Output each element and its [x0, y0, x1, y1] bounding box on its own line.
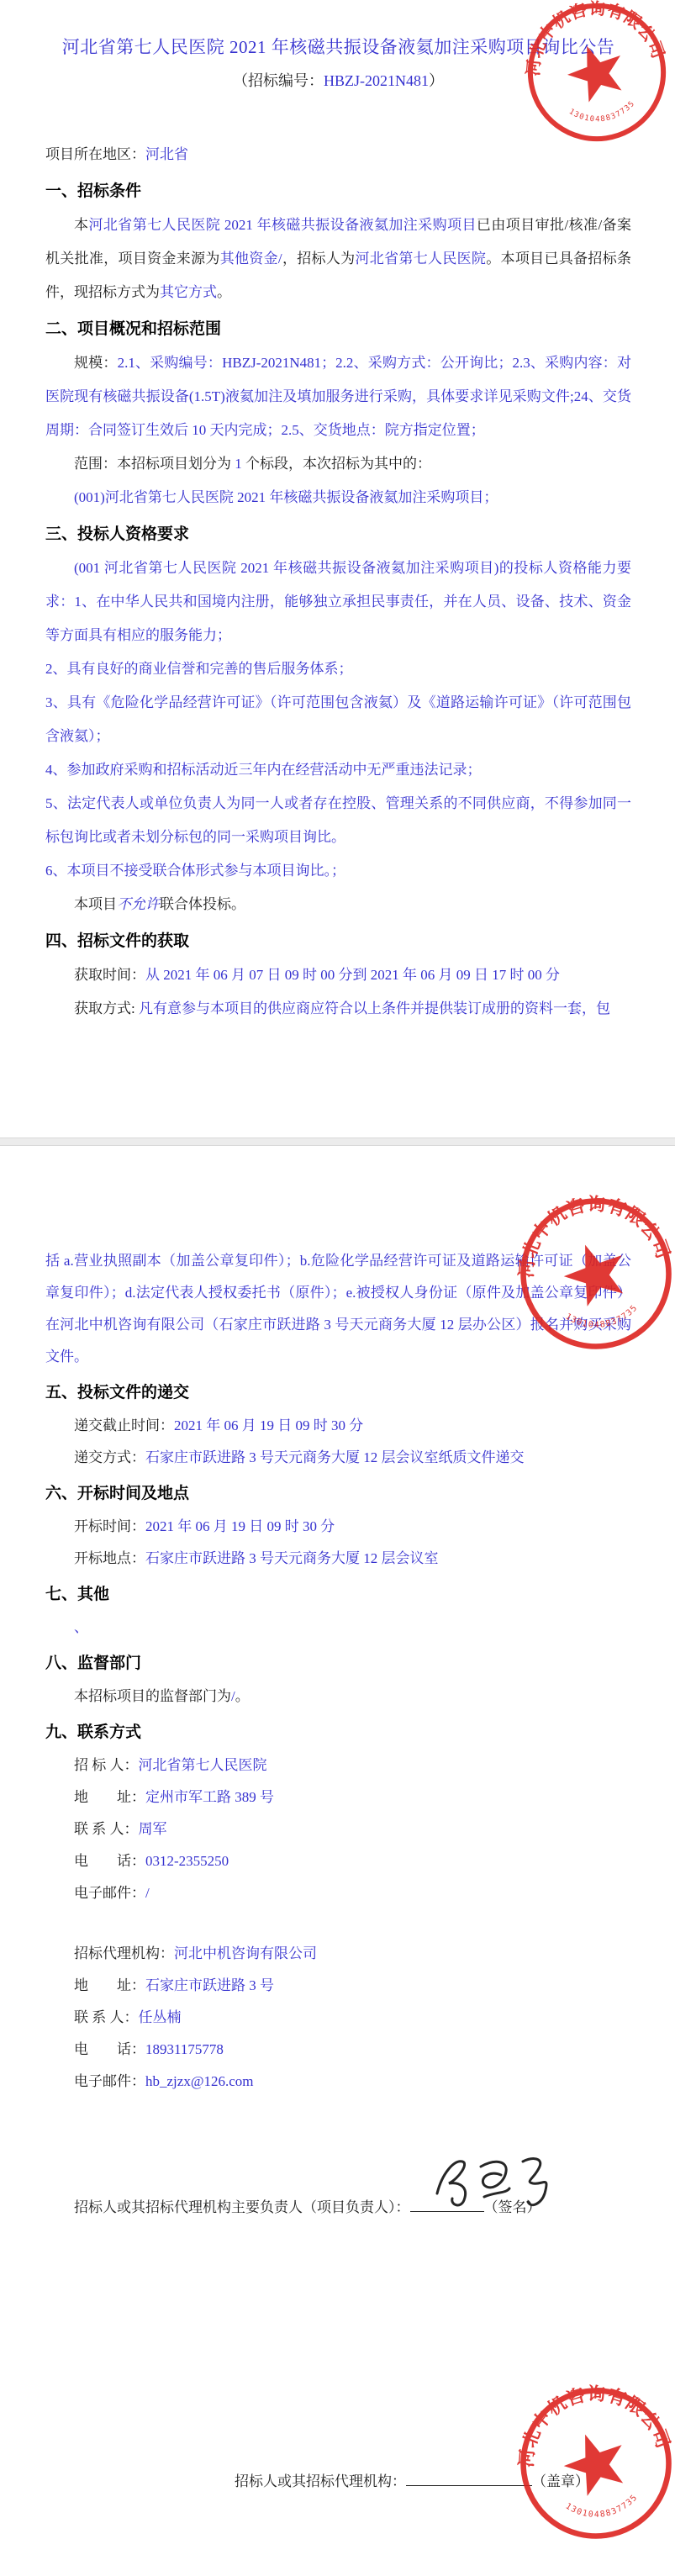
text-run: 规模： — [74, 355, 118, 371]
paragraph: 递交方式：石家庄市跃进路 3 号天元商务大厦 12 层会议室纸质文件递交 — [45, 1442, 631, 1474]
subtitle-prefix: （招标编号： — [233, 72, 324, 89]
text-run: 电子邮件： — [74, 1885, 145, 1901]
paragraph: 2、具有良好的商业信誉和完善的售后服务体系； — [45, 652, 631, 686]
tenderer-phone-line: 电 话：0312-2355250 — [45, 1845, 631, 1877]
text-run: 电子邮件： — [74, 2073, 145, 2089]
text-run: 括 a.营业执照副本（加盖公章复印件）；b.危险化学品经营许可证及道路运输许可证… — [45, 1253, 631, 1365]
text-run: 联合体投标。 — [160, 896, 245, 912]
tenderer-email-line: 电子邮件：/ — [45, 1877, 631, 1909]
text-run: 递交截止时间： — [74, 1417, 174, 1433]
text-run: hb_zjzx@126.com — [145, 2073, 254, 2089]
text-run: 本项目 — [74, 896, 117, 912]
paragraph: 本河北省第七人民医院 2021 年核磁共振设备液氦加注采购项目已由项目审批/核准… — [45, 209, 631, 309]
text-run: 。 — [235, 1688, 250, 1704]
text-run: 项目所在地区： — [45, 146, 145, 162]
seal-row-label: 招标人或其招标代理机构： — [235, 2473, 406, 2489]
text-run: 联 系 人： — [74, 1821, 139, 1837]
paragraph: 范围：本招标项目划分为 1 个标段，本次招标为其中的： — [45, 447, 631, 481]
paragraph: 5、法定代表人或单位负责人为同一人或者存在控股、管理关系的不同供应商，不得参加同… — [45, 787, 631, 854]
text-run: 石家庄市跃进路 3 号 — [145, 1977, 274, 1993]
project-region-line: 项目所在地区：河北省 — [45, 138, 631, 172]
text-run: 河北省第七人民医院 2021 年核磁共振设备液氦加注采购项目 — [88, 217, 476, 233]
text-run: 不允许 — [117, 896, 160, 912]
tenderer-name-line: 招 标 人：河北省第七人民医院 — [45, 1750, 631, 1782]
paragraph: 获取方式: 凡有意参与本项目的供应商应符合以上条件并提供装订成册的资料一套，包 — [45, 992, 631, 1026]
text-run: 招 标 人： — [74, 1757, 139, 1773]
text-run: 18931175778 — [145, 2041, 224, 2057]
paragraph: (001 河北省第七人民医院 2021 年核磁共振设备液氦加注采购项目)的投标人… — [45, 552, 631, 652]
text-run: 本 — [74, 217, 88, 233]
page-1: 河北省第七人民医院 2021 年核磁共振设备液氦加注采购项目询比公告 （招标编号… — [0, 0, 675, 1138]
seal-row-blank — [406, 2471, 532, 2486]
text-run: 其他资金/ — [220, 251, 282, 267]
text-run: 5、法定代表人或单位负责人为同一人或者存在控股、管理关系的不同供应商，不得参加同… — [45, 795, 631, 845]
text-run: 本招标项目的监督部门为 — [74, 1688, 231, 1704]
text-run: 河北省第七人民医院 — [139, 1757, 267, 1773]
section-heading: 八、监督部门 — [45, 1647, 631, 1681]
text-run: 河北中机咨询有限公司 — [174, 1945, 317, 1961]
text-run: 任丛楠 — [139, 2009, 182, 2025]
text-run: 3、具有《危险化学品经营许可证》（许可范围包含液氦）及《道路运输许可证》（许可范… — [45, 694, 631, 744]
text-run: 地 址： — [74, 1977, 145, 1993]
section-heading: 六、开标时间及地点 — [45, 1477, 631, 1511]
section-heading: 五、投标文件的递交 — [45, 1376, 631, 1410]
text-run: 个标段，本次招标为其中的： — [242, 456, 431, 472]
tender-number: HBZJ-2021N481 — [324, 72, 429, 89]
text-run: 招标代理机构： — [74, 1945, 174, 1961]
text-run: 2、具有良好的商业信誉和完善的售后服务体系； — [45, 661, 353, 677]
text-run: 开标地点： — [74, 1550, 145, 1566]
text-run: 、 — [74, 1619, 88, 1635]
paragraph: 6、本项目不接受联合体形式参与本项目询比。； — [45, 854, 631, 888]
paragraph: 4、参加政府采购和招标活动近三年内在经营活动中无严重违法记录； — [45, 753, 631, 787]
paragraph: 3、具有《危险化学品经营许可证》（许可范围包含液氦）及《道路运输许可证》（许可范… — [45, 686, 631, 753]
text-run: 开标时间： — [74, 1518, 145, 1534]
text-run: 定州市军工路 389 号 — [145, 1789, 274, 1805]
text-run: 获取方式: — [74, 1000, 135, 1016]
agency-phone-line: 电 话：18931175778 — [45, 2034, 631, 2066]
text-run: 石家庄市跃进路 3 号天元商务大厦 12 层会议室 — [145, 1550, 439, 1566]
text-run: 6、本项目不接受联合体形式参与本项目询比。； — [45, 863, 345, 879]
text-run: 2.1、采购编号：HBZJ-2021N481；2.2、采购方式：公开询比；2.3… — [45, 355, 631, 438]
section-heading: 一、招标条件 — [45, 175, 631, 209]
text-run: 从 2021 年 06 月 07 日 09 时 00 分到 2021 年 06 … — [145, 967, 560, 983]
paragraph: 获取时间：从 2021 年 06 月 07 日 09 时 00 分到 2021 … — [45, 958, 631, 992]
text-run: 获取时间： — [74, 967, 145, 983]
text-run: 周军 — [139, 1821, 167, 1837]
section-heading: 二、项目概况和招标范围 — [45, 313, 631, 346]
tenderer-contact-line: 联 系 人：周军 — [45, 1813, 631, 1845]
text-run: / — [145, 1885, 150, 1901]
text-run: 电 话： — [74, 1853, 145, 1869]
document-subtitle: （招标编号：HBZJ-2021N481） — [45, 69, 631, 92]
paragraph: (001)河北省第七人民医院 2021 年核磁共振设备液氦加注采购项目； — [45, 481, 631, 515]
paragraph: 本项目不允许联合体投标。 — [45, 888, 631, 921]
paragraph: 本招标项目的监督部门为/。 — [45, 1681, 631, 1713]
text-run: 4、参加政府采购和招标活动近三年内在经营活动中无严重违法记录； — [45, 762, 482, 778]
text-run: 递交方式： — [74, 1449, 145, 1465]
spacer — [45, 1909, 631, 1938]
page-title: 河北省第七人民医院 2021 年核磁共振设备液氦加注采购项目询比公告 — [45, 34, 631, 61]
agency-email-line: 电子邮件：hb_zjzx@126.com — [45, 2066, 631, 2098]
principal-signature-row: 招标人或其招标代理机构主要负责人（项目负责人）：（签名） — [45, 2192, 631, 2224]
signature-label: 招标人或其招标代理机构主要负责人（项目负责人）： — [74, 2199, 410, 2215]
section-heading: 四、招标文件的获取 — [45, 925, 631, 958]
paragraph: 开标时间：2021 年 06 月 19 日 09 时 30 分 — [45, 1511, 631, 1543]
text-run: 河北省第七人民医院 — [355, 251, 486, 267]
paragraph: 规模：2.1、采购编号：HBZJ-2021N481；2.2、采购方式：公开询比；… — [45, 346, 631, 447]
agency-contact-line: 联 系 人：任丛楠 — [45, 2002, 631, 2034]
text-run: 2021 年 06 月 19 日 09 时 30 分 — [174, 1417, 363, 1433]
tenderer-address-line: 地 址：定州市军工路 389 号 — [45, 1782, 631, 1813]
agency-seal-row: 招标人或其招标代理机构：（盖章） — [45, 2466, 631, 2498]
subtitle-suffix: ） — [429, 72, 444, 89]
text-run: 凡有意参与本项目的供应商应符合以上条件并提供装订成册的资料一套，包 — [135, 1000, 610, 1016]
section-heading: 九、联系方式 — [45, 1716, 631, 1750]
text-run: 联 系 人： — [74, 2009, 139, 2025]
paragraph: 、 — [45, 1612, 631, 1644]
page-2: 括 a.营业执照副本（加盖公章复印件）；b.危险化学品经营许可证及道路运输许可证… — [0, 1146, 675, 2576]
section-heading: 七、其他 — [45, 1578, 631, 1612]
text-run: (001)河北省第七人民医院 2021 年核磁共振设备液氦加注采购项目； — [74, 489, 498, 505]
text-run: 石家庄市跃进路 3 号天元商务大厦 12 层会议室纸质文件递交 — [145, 1449, 525, 1465]
agency-address-line: 地 址：石家庄市跃进路 3 号 — [45, 1970, 631, 2002]
text-run: 其它方式 — [160, 284, 217, 300]
text-run: 地 址： — [74, 1789, 145, 1805]
paragraph: 开标地点：石家庄市跃进路 3 号天元商务大厦 12 层会议室 — [45, 1543, 631, 1575]
page1-content: 项目所在地区：河北省一、招标条件本河北省第七人民医院 2021 年核磁共振设备液… — [45, 138, 631, 1026]
text-run: 2021 年 06 月 19 日 09 时 30 分 — [145, 1518, 335, 1534]
text-run: (001 河北省第七人民医院 2021 年核磁共振设备液氦加注采购项目)的投标人… — [45, 560, 631, 643]
agency-name-line: 招标代理机构：河北中机咨询有限公司 — [45, 1938, 631, 1970]
text-run: 范围：本招标项目划分为 — [74, 456, 235, 472]
text-run: 0312-2355250 — [145, 1853, 229, 1869]
text-run: 。 — [217, 284, 231, 300]
section-heading: 三、投标人资格要求 — [45, 518, 631, 552]
paragraph: 递交截止时间：2021 年 06 月 19 日 09 时 30 分 — [45, 1410, 631, 1442]
seal-row-suffix: （盖章） — [532, 2473, 589, 2489]
page-separator — [0, 1138, 675, 1146]
page2-content: 括 a.营业执照副本（加盖公章复印件）；b.危险化学品经营许可证及道路运输许可证… — [45, 1245, 631, 2098]
handwritten-signature-icon — [425, 2150, 560, 2217]
paragraph: 括 a.营业执照副本（加盖公章复印件）；b.危险化学品经营许可证及道路运输许可证… — [45, 1245, 631, 1373]
text-run: 1 — [235, 456, 242, 472]
text-run: ，招标人为 — [282, 251, 356, 267]
text-run: 电 话： — [74, 2041, 145, 2057]
text-run: 河北省 — [145, 146, 188, 162]
document-canvas: 河北省第七人民医院 2021 年核磁共振设备液氦加注采购项目询比公告 （招标编号… — [0, 0, 675, 2576]
